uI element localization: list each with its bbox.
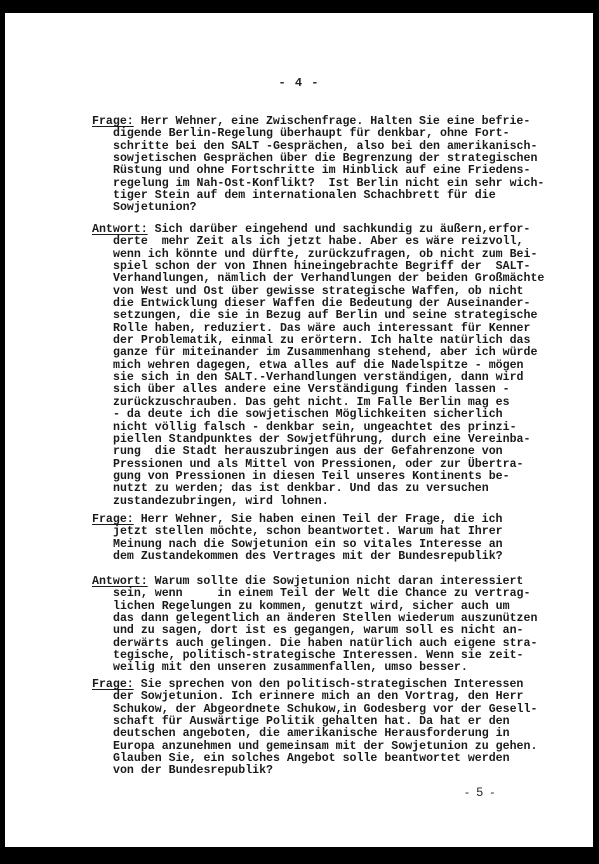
question-2: Frage: Herr Wehner, Sie haben einen Teil… xyxy=(92,514,572,563)
question-3: Frage: Sie sprechen von den politisch-st… xyxy=(92,679,572,778)
page-number-top: - 4 - xyxy=(5,76,593,90)
speaker-label: Antwort: xyxy=(92,575,148,588)
question-1: Frage: Herr Wehner, eine Zwischenfrage. … xyxy=(92,116,572,215)
text-line: von der Bundesrepublik? xyxy=(92,765,572,777)
answer-1: Antwort: Sich darüber eingehend und sach… xyxy=(92,224,572,508)
text-line: weilig mit den unseren zusammenfallen, u… xyxy=(92,662,572,674)
text-line: dem Zustandekommen des Vertrages mit der… xyxy=(92,551,572,563)
speaker-label: Frage: xyxy=(92,513,134,526)
speaker-label: Frage: xyxy=(92,115,134,128)
answer-2: Antwort: Warum sollte die Sowjetunion ni… xyxy=(92,576,572,675)
speaker-label: Antwort: xyxy=(92,223,148,236)
text-line: Sowjetunion? xyxy=(92,202,572,214)
text-line: zustandezubringen, wird lohnen. xyxy=(92,496,572,508)
speaker-label: Frage: xyxy=(92,678,134,691)
document-page: - 4 - Frage: Herr Wehner, eine Zwischenf… xyxy=(5,13,593,847)
page-number-bottom: - 5 - xyxy=(465,785,496,799)
